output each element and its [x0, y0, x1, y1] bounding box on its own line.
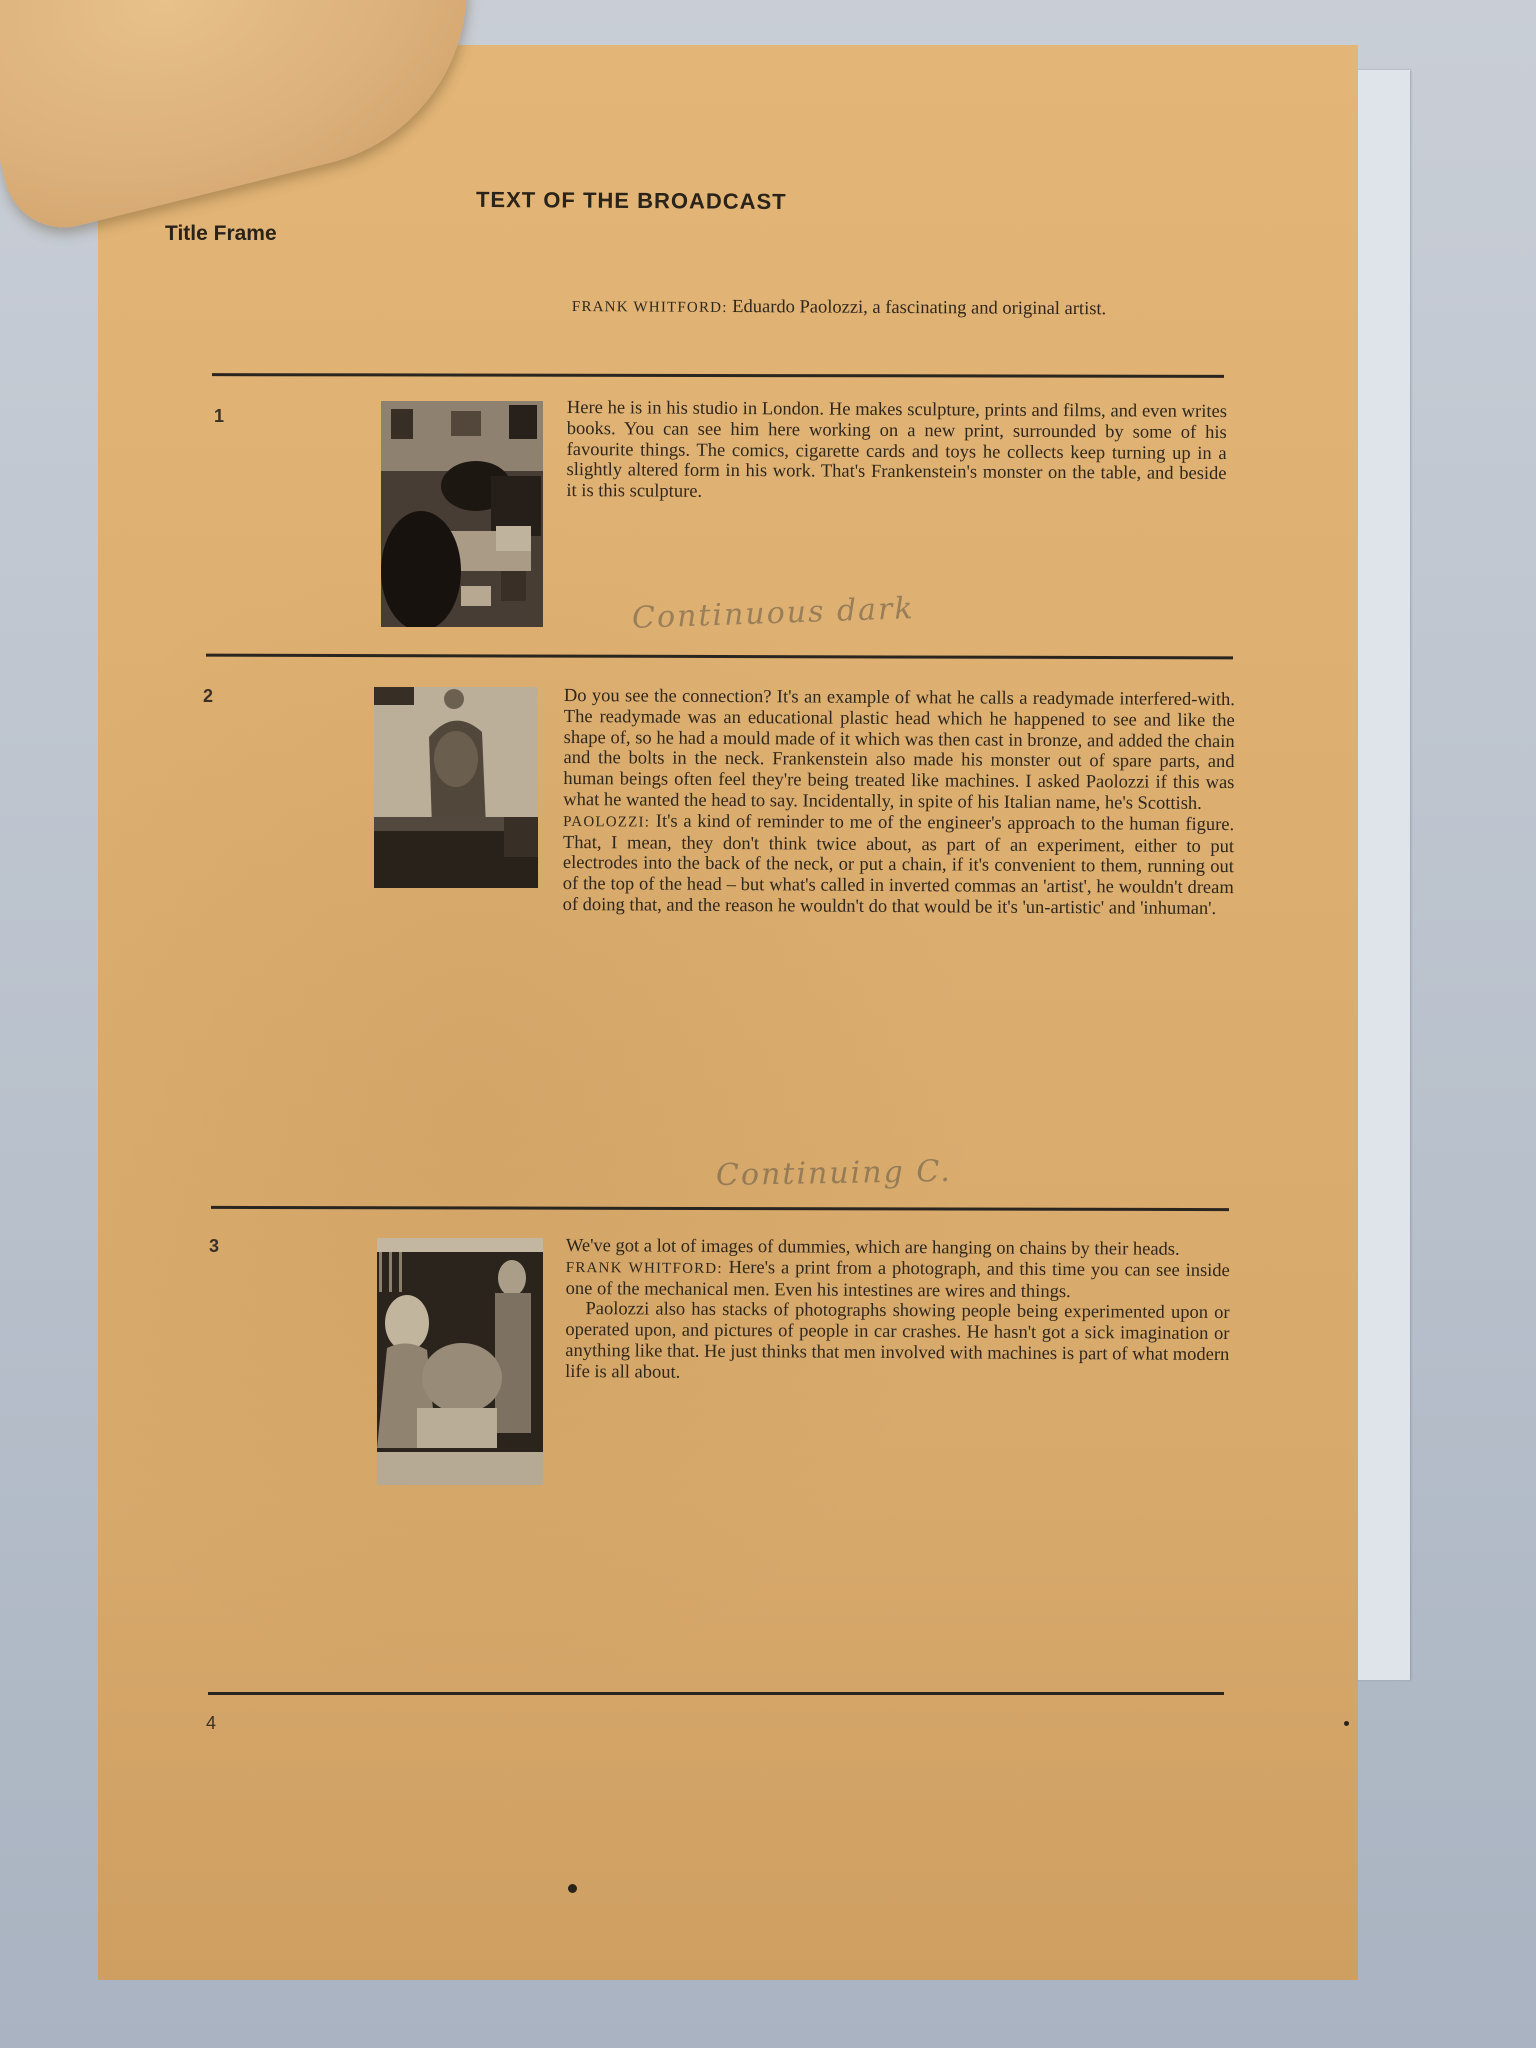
bronze-head-photo	[374, 687, 538, 888]
speaker-name: PAOLOZZI:	[563, 814, 650, 831]
title-frame-text: FRANK WHITFORD: Eduardo Paolozzi, a fasc…	[572, 296, 1224, 322]
paragraph-text: It's a kind of reminder to me of the eng…	[563, 811, 1235, 919]
frame-number: 2	[203, 686, 213, 707]
paragraph-text: Eduardo Paolozzi, a fascinating and orig…	[732, 297, 1106, 319]
title-frame-label: Title Frame	[165, 222, 277, 246]
paragraph-text: Do you see the connection? It's an examp…	[563, 686, 1235, 814]
frame-3-text: We've got a lot of images of dummies, wh…	[565, 1236, 1230, 1387]
pencil-annotation: Continuing C.	[716, 1154, 952, 1193]
paragraph-text: Here he is in his studio in London. He m…	[566, 398, 1227, 502]
frame-number: 3	[209, 1236, 219, 1257]
document-title: TEXT OF THE BROADCAST	[476, 187, 787, 215]
punch-mark	[568, 1884, 577, 1893]
mechanical-men-photo	[377, 1238, 543, 1485]
punch-mark	[1344, 1721, 1349, 1726]
frame-number: 4	[206, 1713, 216, 1734]
frame-2-text: Do you see the connection? It's an examp…	[563, 686, 1235, 920]
paragraph-text: We've got a lot of images of dummies, wh…	[566, 1236, 1180, 1260]
speaker-name: FRANK WHITFORD:	[566, 1260, 723, 1277]
divider-rule	[208, 1692, 1224, 1695]
studio-photo	[381, 401, 543, 627]
frame-1-text: Here he is in his studio in London. He m…	[566, 398, 1227, 506]
speaker-name: FRANK WHITFORD:	[572, 299, 728, 316]
frame-number: 1	[214, 406, 224, 427]
paragraph-text: Paolozzi also has stacks of photographs …	[565, 1300, 1229, 1383]
document-page	[98, 45, 1358, 1980]
